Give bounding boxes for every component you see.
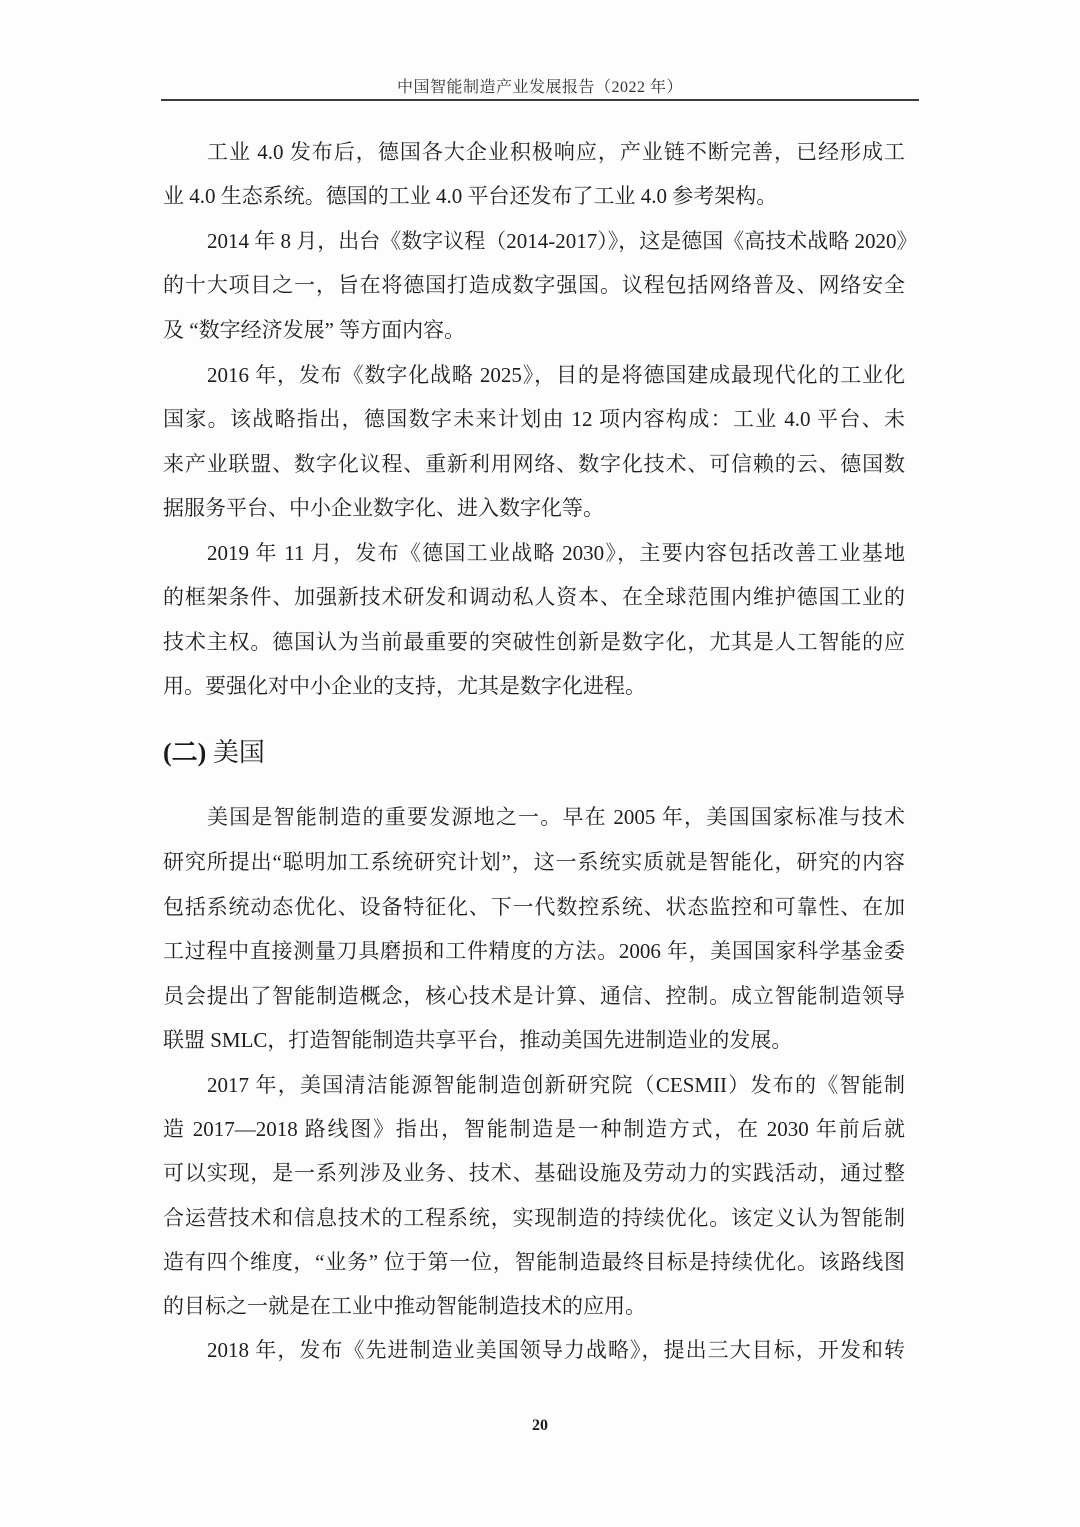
- paragraph-line: 员会提出了智能制造概念，核心技术是计算、通信、控制。成立智能制造领导: [163, 982, 905, 1010]
- paragraph-line: 的十大项目之一，旨在将德国打造成数字强国。议程包括网络普及、网络安全: [163, 271, 905, 299]
- paragraph-line: 工过程中直接测量刀具磨损和工件精度的方法。2006 年，美国国家科学基金委: [163, 937, 905, 965]
- header-divider: [161, 99, 919, 101]
- paragraph-line: 业 4.0 生态系统。德国的工业 4.0 平台还发布了工业 4.0 参考架构。: [163, 182, 905, 210]
- paragraph-line: 可以实现，是一系列涉及业务、技术、基础设施及劳动力的实践活动，通过整: [163, 1159, 905, 1187]
- document-page: 中国智能制造产业发展报告（2022 年） 工业 4.0 发布后，德国各大企业积极…: [0, 0, 1080, 1527]
- paragraph-line: 2017 年，美国清洁能源智能制造创新研究院（CESMII）发布的《智能制: [207, 1071, 905, 1099]
- paragraph-line: 来产业联盟、数字化议程、重新利用网络、数字化技术、可信赖的云、德国数: [163, 450, 905, 478]
- paragraph-line: 国家。该战略指出，德国数字未来计划由 12 项内容构成：工业 4.0 平台、未: [163, 405, 905, 433]
- paragraph-line: 研究所提出“聪明加工系统研究计划”，这一系统实质就是智能化，研究的内容: [163, 848, 905, 876]
- paragraph-line: 2019 年 11 月，发布《德国工业战略 2030》，主要内容包括改善工业基地: [207, 539, 905, 567]
- paragraph-line: 合运营技术和信息技术的工程系统，实现制造的持续优化。该定义认为智能制: [163, 1204, 905, 1232]
- paragraph-line: 用。要强化对中小企业的支持，尤其是数字化进程。: [163, 672, 905, 700]
- paragraph-line: 2016 年，发布《数字化战略 2025》，目的是将德国建成最现代化的工业化: [207, 361, 905, 389]
- paragraph-line: 的目标之一就是在工业中推动智能制造技术的应用。: [163, 1292, 905, 1320]
- paragraph-line: 据服务平台、中小企业数字化、进入数字化等。: [163, 494, 905, 522]
- paragraph-line: 2018 年，发布《先进制造业美国领导力战略》，提出三大目标，开发和转: [207, 1336, 905, 1364]
- paragraph-line: 造有四个维度，“业务” 位于第一位，智能制造最终目标是持续优化。该路线图: [163, 1248, 905, 1276]
- section-title: 美国: [213, 738, 265, 767]
- paragraph-line: 工业 4.0 发布后，德国各大企业积极响应，产业链不断完善，已经形成工: [207, 138, 905, 166]
- paragraph-line: 技术主权。德国认为当前最重要的突破性创新是数字化，尤其是人工智能的应: [163, 628, 905, 656]
- section-heading: (二) 美国: [163, 736, 265, 770]
- paragraph-line: 造 2017—2018 路线图》指出，智能制造是一种制造方式，在 2030 年前…: [163, 1115, 905, 1143]
- paragraph-line: 2014 年 8 月，出台《数字议程（2014-2017）》，这是德国《高技术战…: [207, 227, 905, 255]
- running-header: 中国智能制造产业发展报告（2022 年）: [161, 74, 919, 97]
- paragraph-line: 包括系统动态优化、设备特征化、下一代数控系统、状态监控和可靠性、在加: [163, 893, 905, 921]
- section-number: (二): [163, 738, 206, 767]
- paragraph-line: 美国是智能制造的重要发源地之一。早在 2005 年，美国国家标准与技术: [207, 803, 905, 831]
- paragraph-line: 的框架条件、加强新技术研发和调动私人资本、在全球范围内维护德国工业的: [163, 583, 905, 611]
- paragraph-line: 及 “数字经济发展” 等方面内容。: [163, 316, 905, 344]
- page-number: 20: [440, 1417, 640, 1435]
- paragraph-line: 联盟 SMLC，打造智能制造共享平台，推动美国先进制造业的发展。: [163, 1026, 905, 1054]
